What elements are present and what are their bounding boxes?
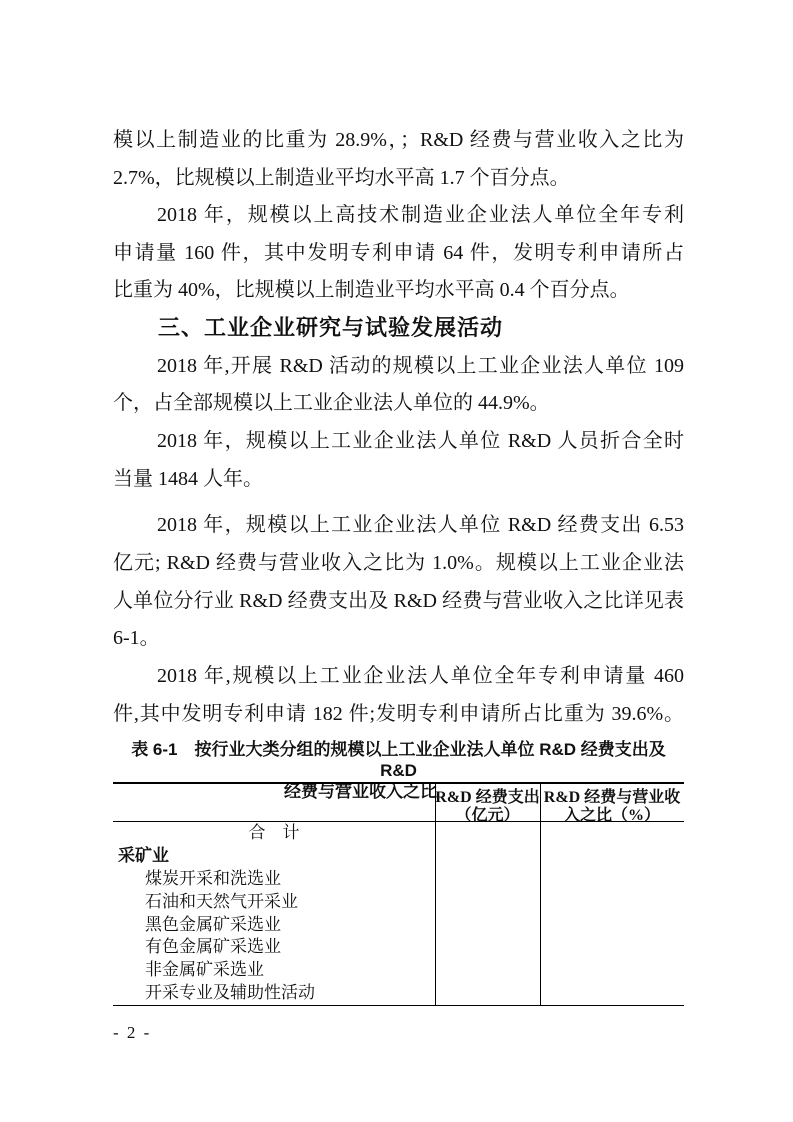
section-heading: 三、工业企业研究与试验发展活动	[113, 309, 684, 347]
table-row-nonmetal-mining: 非金属矿采选业	[113, 959, 684, 982]
page-number: - 2 -	[113, 1022, 151, 1044]
column-header-ratio-line-1: R&D 经费与营业收	[540, 789, 684, 807]
body-line-13: 6-1。	[113, 619, 684, 657]
body-line-2: 2.7%，比规模以上制造业平均水平高 1.7 个百分点。	[113, 159, 684, 197]
table-row-coal-mining: 煤炭开采和洗选业	[113, 868, 684, 891]
table-row-ferrous-metal-mining: 黑色金属矿采选业	[113, 914, 684, 937]
body-line-12: 人单位分行业 R&D 经费支出及 R&D 经费与营业收入之比详见表	[113, 582, 684, 620]
body-line-5: 比重为 40%，比规模以上制造业平均水平高 0.4 个百分点。	[113, 271, 684, 309]
column-header-expenditure-line-2: （亿元）	[435, 807, 540, 825]
body-line-9: 当量 1484 人年。	[113, 460, 684, 498]
body-line-7: 个，占全部规模以上工业企业法人单位的 44.9%。	[113, 384, 684, 422]
table-row-mining: 采矿业	[113, 845, 684, 868]
body-line-8: 2018 年，规模以上工业企业法人单位 R&D 人员折合全时	[113, 422, 684, 460]
table-row-oil-gas-extraction: 石油和天然气开采业	[113, 891, 684, 914]
table-header-row: R&D 经费支出 （亿元） R&D 经费与营业收 入之比（%）	[113, 784, 684, 822]
body-line-3: 2018 年，规模以上高技术制造业企业法人单位全年专利	[113, 196, 684, 234]
body-line-14: 2018 年,规模以上工业企业法人单位全年专利申请量 460	[113, 657, 684, 695]
column-header-ratio-line-2: 入之比（%）	[540, 807, 684, 825]
table-row-total: 合 计	[113, 822, 435, 845]
table-caption-line-1: 表 6-1 按行业大类分组的规模以上工业企业法人单位 R&D 经费支出及 R&D	[113, 739, 684, 781]
rd-expenditure-table: R&D 经费支出 （亿元） R&D 经费与营业收 入之比（%） 合 计 采矿业 …	[113, 782, 684, 1006]
body-line-10: 2018 年，规模以上工业企业法人单位 R&D 经费支出 6.53	[113, 506, 684, 544]
column-header-ratio: R&D 经费与营业收 入之比（%）	[540, 789, 684, 825]
body-line-6: 2018 年,开展 R&D 活动的规模以上工业企业法人单位 109	[113, 347, 684, 385]
table-row-nonferrous-metal-mining: 有色金属矿采选业	[113, 936, 684, 959]
table-row-mining-support: 开采专业及辅助性活动	[113, 982, 684, 1005]
column-header-expenditure-line-1: R&D 经费支出	[435, 789, 540, 807]
body-line-11: 亿元; R&D 经费与营业收入之比为 1.0%。规模以上工业企业法	[113, 544, 684, 582]
column-header-expenditure: R&D 经费支出 （亿元）	[435, 789, 540, 825]
document-page: 模以上制造业的比重为 28.9%，；R&D 经费与营业收入之比为 2.7%，比规…	[0, 0, 793, 1122]
body-line-1: 模以上制造业的比重为 28.9%，；R&D 经费与营业收入之比为	[113, 121, 684, 159]
body-line-15: 件,其中发明专利申请 182 件;发明专利申请所占比重为 39.6%。	[113, 695, 684, 733]
body-line-4: 申请量 160 件，其中发明专利申请 64 件，发明专利申请所占	[113, 234, 684, 272]
